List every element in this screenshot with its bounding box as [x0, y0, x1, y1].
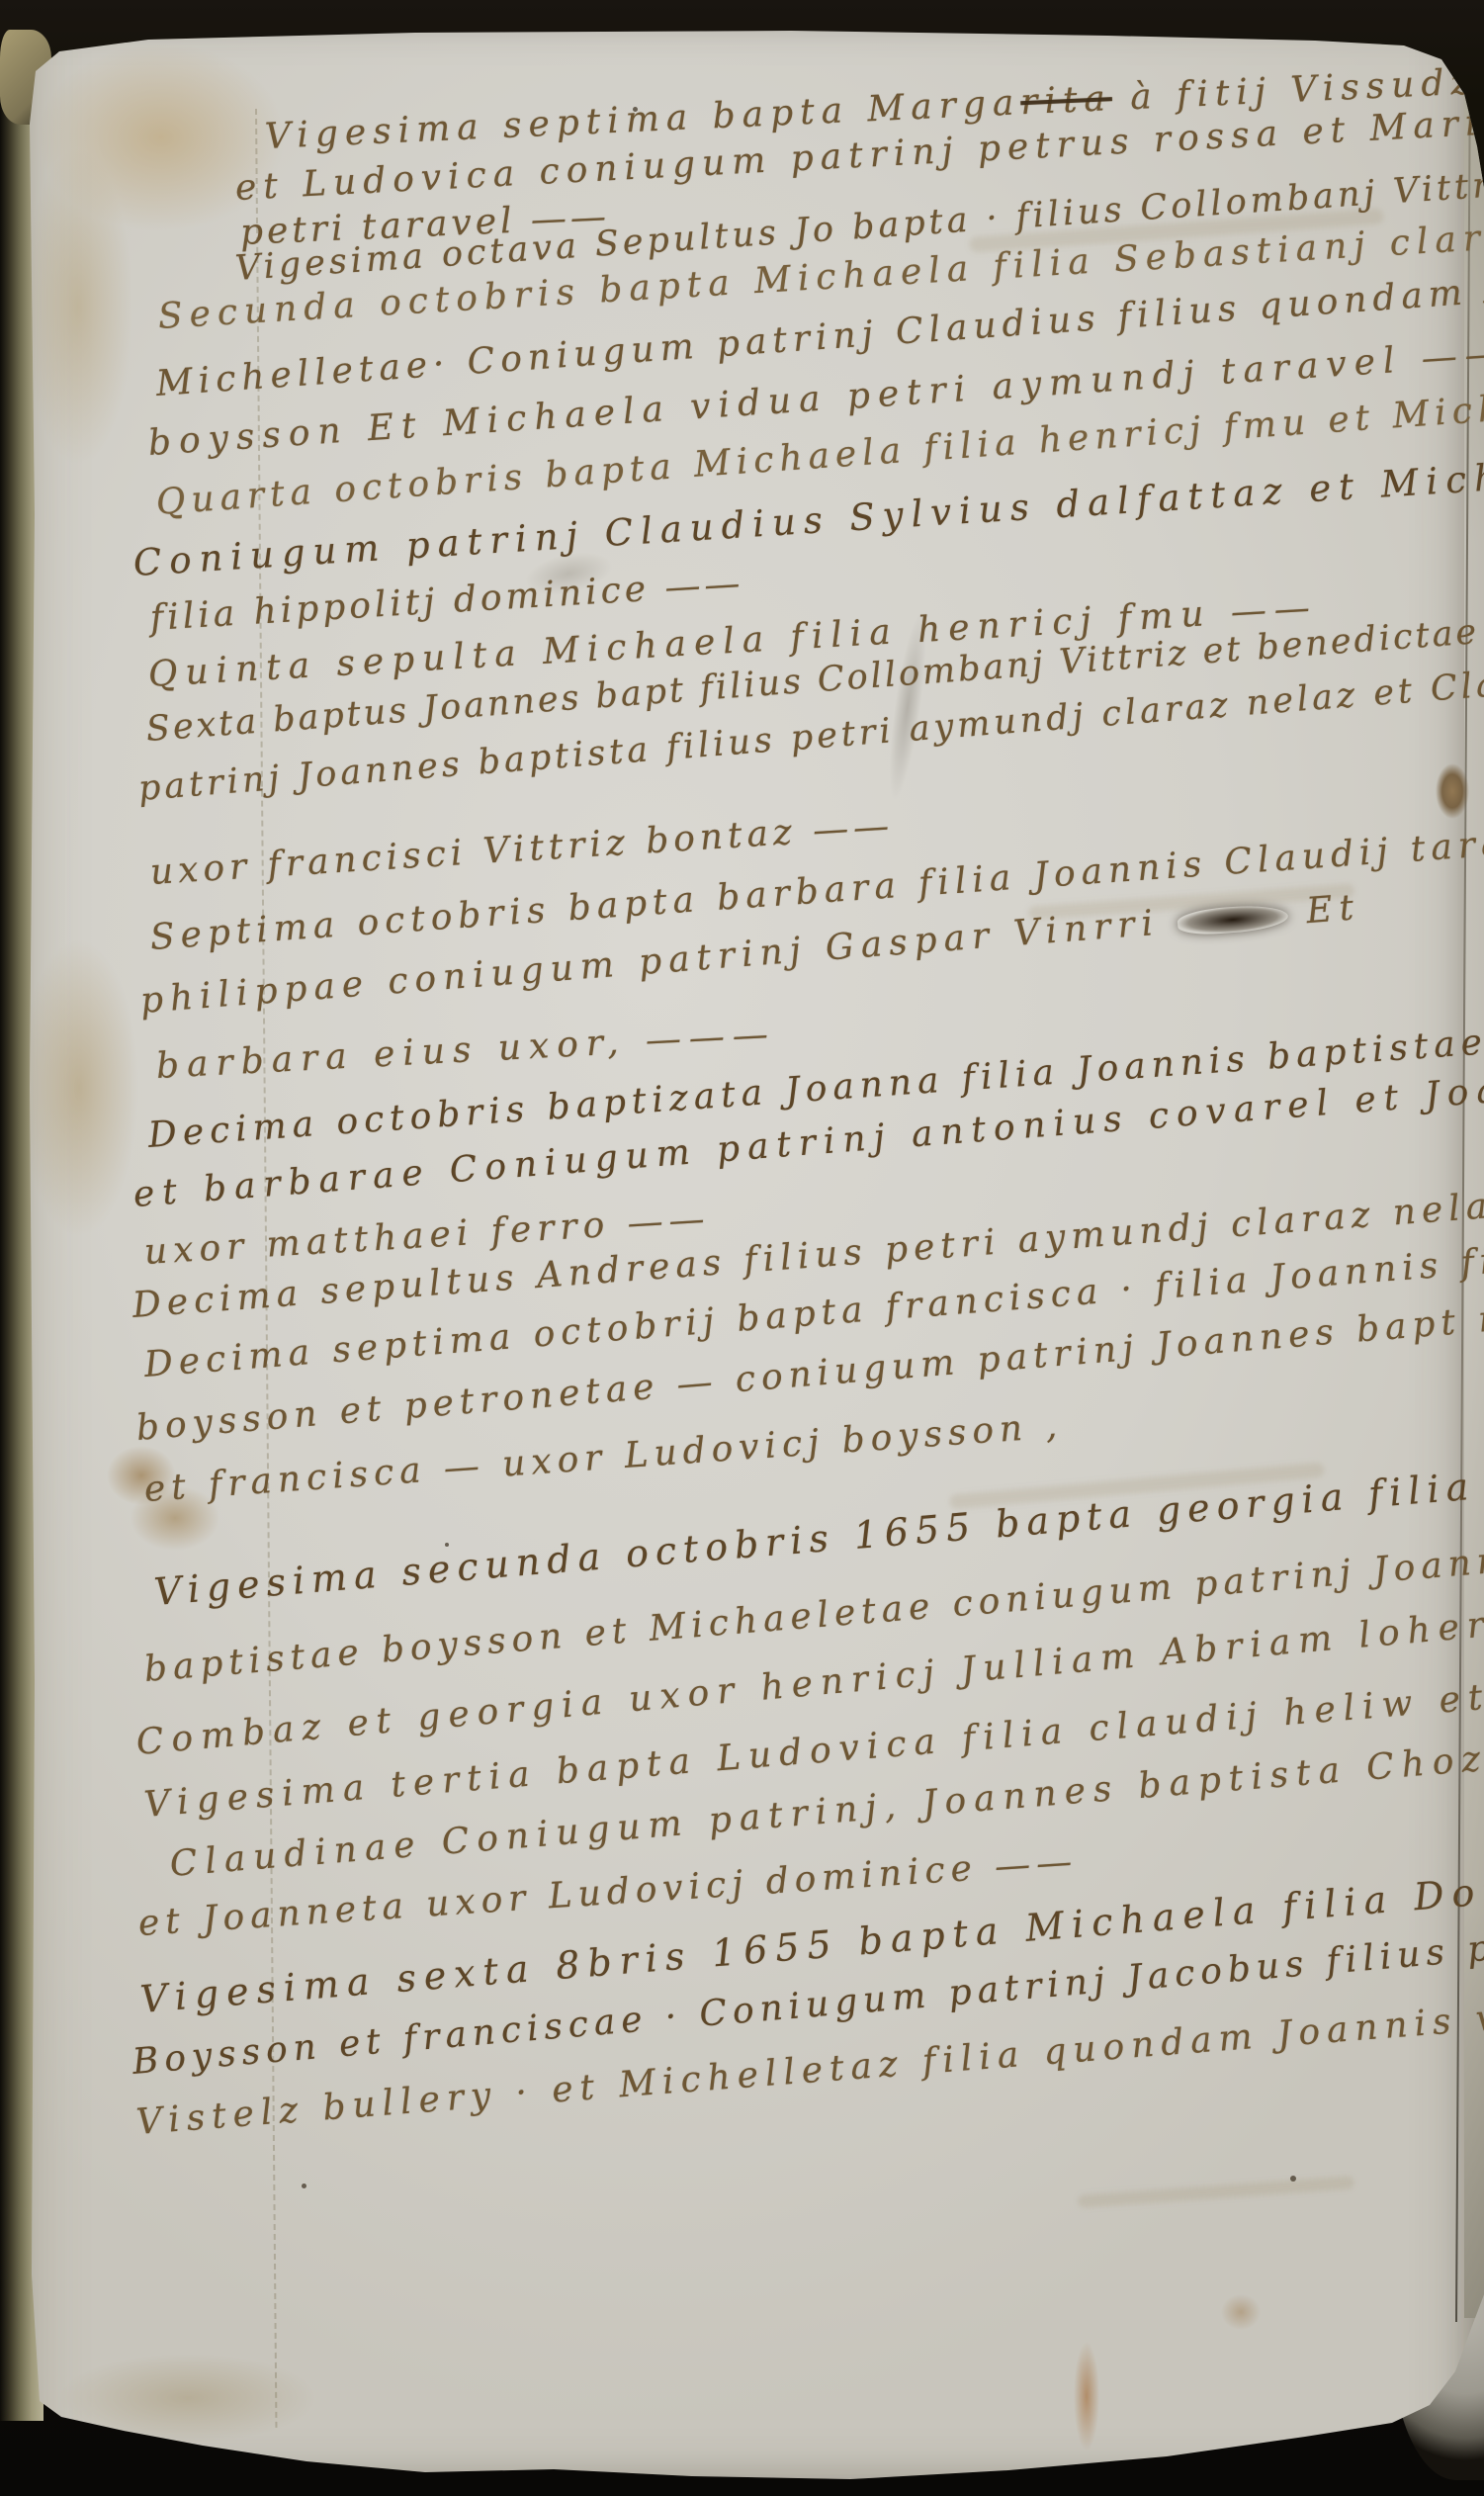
manuscript-text-segment: Et: [1286, 887, 1361, 933]
manuscript-line: barbara eius uxor, ———: [155, 1014, 777, 1087]
manuscript-text-segment: barbara eius uxor, ———: [155, 1014, 777, 1087]
ink-blot: [1177, 903, 1289, 937]
scanned-book-photo: Vigesima septima bapta Margarita à fitij…: [0, 0, 1484, 2496]
manuscript-page: Vigesima septima bapta Margarita à fitij…: [0, 0, 1484, 2496]
manuscript-text-block: Vigesima septima bapta Margarita à fitij…: [0, 0, 1484, 2496]
manuscript-text-segment: rita: [1019, 78, 1112, 123]
